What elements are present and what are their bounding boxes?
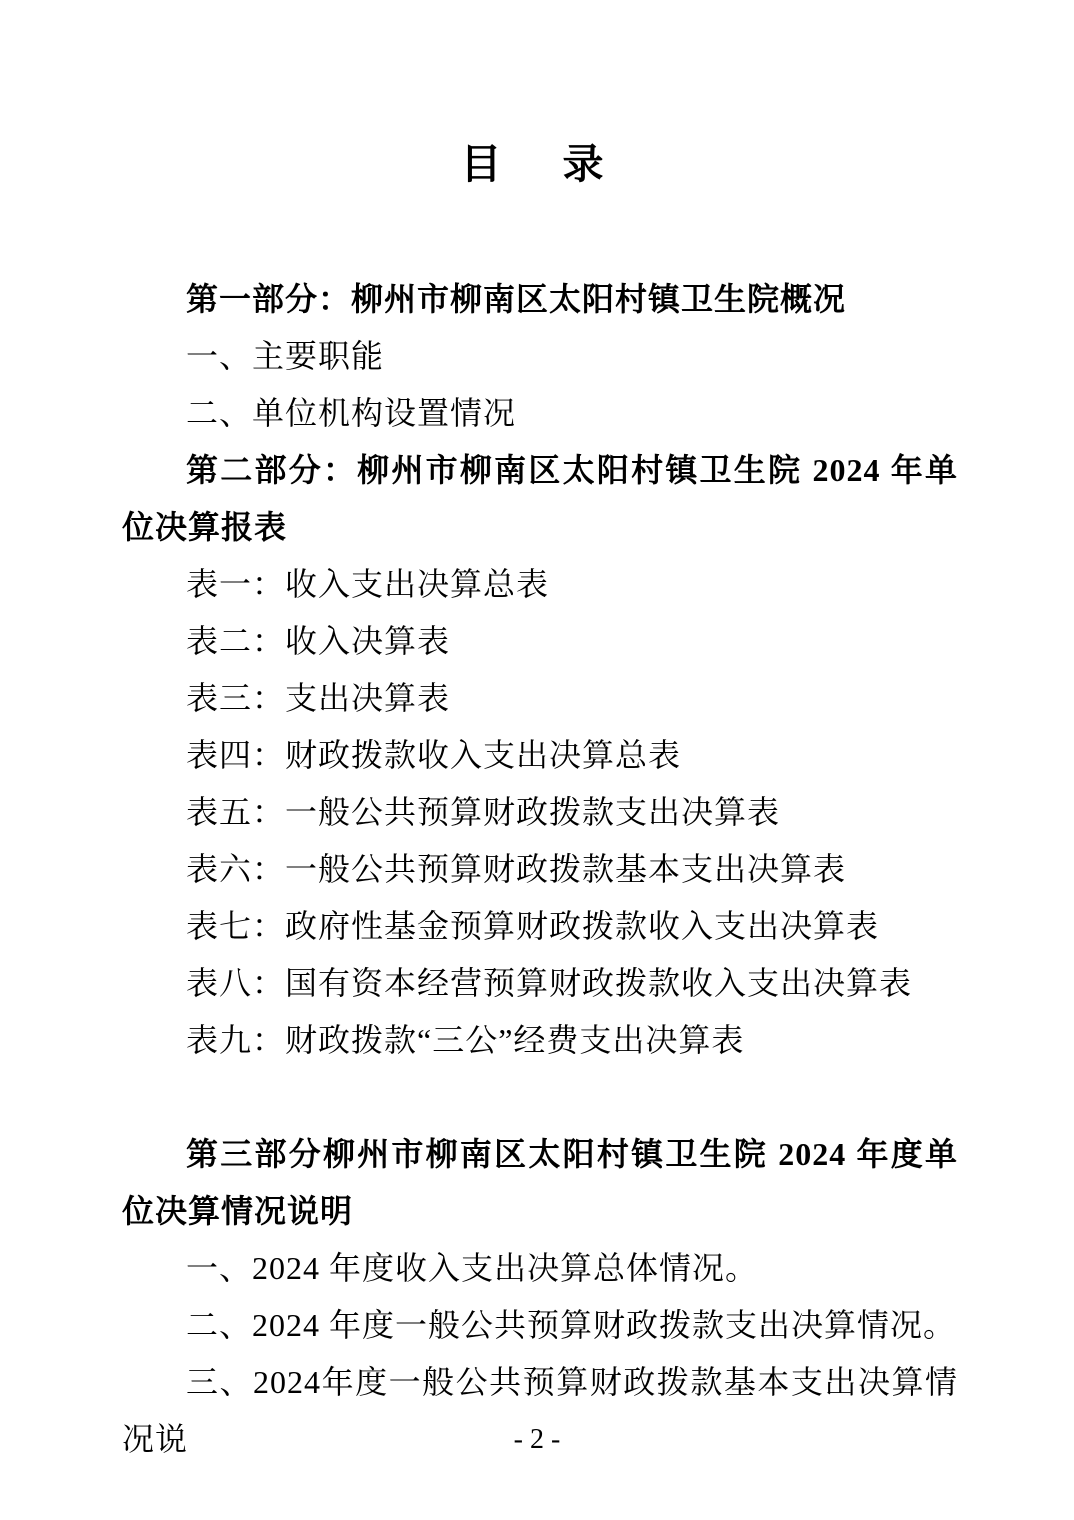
page-title: 目 录 (0, 0, 1074, 185)
document-page: 目 录 第一部分：柳州市柳南区太阳村镇卫生院概况 一、主要职能 二、单位机构设置… (0, 0, 1074, 1520)
toc-part3-item-2: 二、2024 年度一般公共预算财政拨款支出决算情况。 (122, 1297, 958, 1354)
toc-part2-item-table5: 表五：一般公共预算财政拨款支出决算表 (122, 784, 958, 841)
toc-part2-item-table3: 表三：支出决算表 (122, 670, 958, 727)
toc-part1-item-1: 一、主要职能 (122, 328, 958, 385)
toc-part2-item-table9: 表九：财政拨款“三公”经费支出决算表 (122, 1012, 958, 1069)
toc-part1-item-2: 二、单位机构设置情况 (122, 385, 958, 442)
toc-part1-heading: 第一部分：柳州市柳南区太阳村镇卫生院概况 (122, 271, 958, 328)
toc-part2-item-table7: 表七：政府性基金预算财政拨款收入支出决算表 (122, 898, 958, 955)
toc-part3-heading: 第三部分柳州市柳南区太阳村镇卫生院 2024 年度单位决算情况说明 (122, 1126, 958, 1240)
table-of-contents: 第一部分：柳州市柳南区太阳村镇卫生院概况 一、主要职能 二、单位机构设置情况 第… (0, 271, 1074, 1468)
toc-part2-item-table4: 表四：财政拨款收入支出决算总表 (122, 727, 958, 784)
toc-part3-item-1: 一、2024 年度收入支出决算总体情况。 (122, 1240, 958, 1297)
toc-part2-item-table6: 表六：一般公共预算财政拨款基本支出决算表 (122, 841, 958, 898)
page-number: - 2 - (0, 1426, 1074, 1454)
toc-part2-item-table2: 表二：收入决算表 (122, 613, 958, 670)
toc-part2-item-table8: 表八：国有资本经营预算财政拨款收入支出决算表 (122, 955, 958, 1012)
toc-part2-heading: 第二部分：柳州市柳南区太阳村镇卫生院 2024 年单位决算报表 (122, 442, 958, 556)
toc-part2-item-table1: 表一：收入支出决算总表 (122, 556, 958, 613)
blank-line (122, 1069, 958, 1126)
